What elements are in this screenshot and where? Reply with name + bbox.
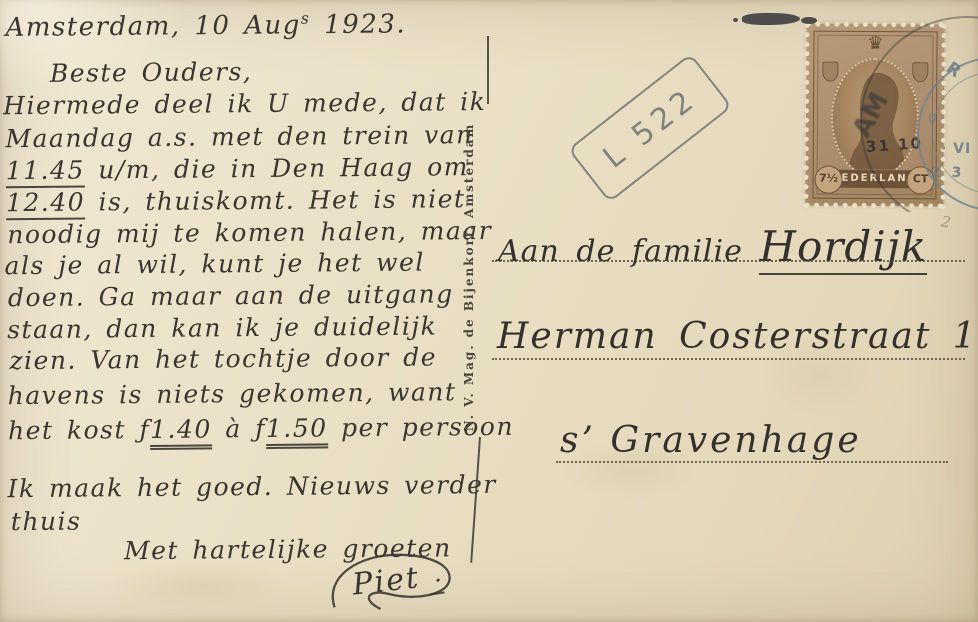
message-line: het kost ƒ1.40 à ƒ1.50 per persoon [8, 412, 514, 445]
signature-dot: · [434, 566, 442, 594]
message-line: doen. Ga maar aan de uitgang [8, 279, 454, 312]
address-line-2: Herman Costerstraat 160 [497, 316, 978, 357]
addressee-name: Hordijk [759, 222, 927, 275]
message-line: zien. Van het tochtje door de [9, 342, 437, 375]
datestamp-year: 2 3 [931, 165, 964, 181]
salutation: Beste Ouders, [50, 57, 253, 88]
message-line-text: à ƒ [212, 414, 266, 443]
train-time-1: 11.45 [6, 156, 85, 189]
printer-imprint: N. V. Mag. de Bijenkorf, Amsterdam [462, 121, 476, 433]
message-line-text: per persoon [327, 412, 514, 443]
date-text: Amsterdam, 10 Aug [5, 10, 301, 43]
message-line: noodig mij te komen halen, maar [7, 216, 492, 249]
date-year: 1923. [310, 9, 406, 40]
message-line-text: u/m, die in Den Haag om [85, 152, 469, 184]
message-line: Ik maak het goed. Nieuws verder [7, 470, 497, 503]
message-line: 11.45 u/m, die in Den Haag om [6, 152, 469, 185]
date-superscript: s [301, 10, 311, 28]
address-ruled-line [492, 260, 965, 262]
message-line: thuis [11, 507, 82, 537]
datestamp-mid-text: 0 · [928, 112, 945, 127]
message-line-text: het kost ƒ [8, 415, 150, 445]
message-line: Maandag a.s. met den trein van [5, 120, 473, 153]
message-line: Hiermede deel ik U mede, dat ik [3, 87, 486, 120]
message-line: havens is niets gekomen, want [8, 377, 457, 410]
address-ruled-line [556, 461, 948, 463]
price-2: 1.50 [266, 413, 328, 449]
address-line-1: Aan de familie Hordijk [498, 222, 927, 271]
message-line-text: is, thuiskomt. Het is niet [85, 184, 466, 216]
price-1: 1.40 [150, 414, 212, 450]
message-line: als je al wil, kunt je het wel [4, 248, 424, 281]
postcard-back: Amsterdam, 10 Augs 1923. Beste Ouders, H… [0, 0, 978, 622]
divider-line-top [487, 36, 489, 104]
datestamp-month: · VI [941, 141, 971, 157]
address-line-3: s’ Gravenhage [560, 420, 862, 461]
message-line: staan, dan kan ik je duidelijk [7, 311, 437, 344]
train-time-2: 12.40 [6, 188, 85, 221]
address-ruled-line [492, 358, 965, 360]
message-line: 12.40 is, thuiskomt. Het is niet [6, 184, 466, 217]
message-dateline: Amsterdam, 10 Augs 1923. [5, 9, 406, 43]
ink-smudge [801, 17, 817, 24]
ink-smudge [733, 18, 738, 22]
address-prefix: Aan de familie [498, 234, 759, 269]
